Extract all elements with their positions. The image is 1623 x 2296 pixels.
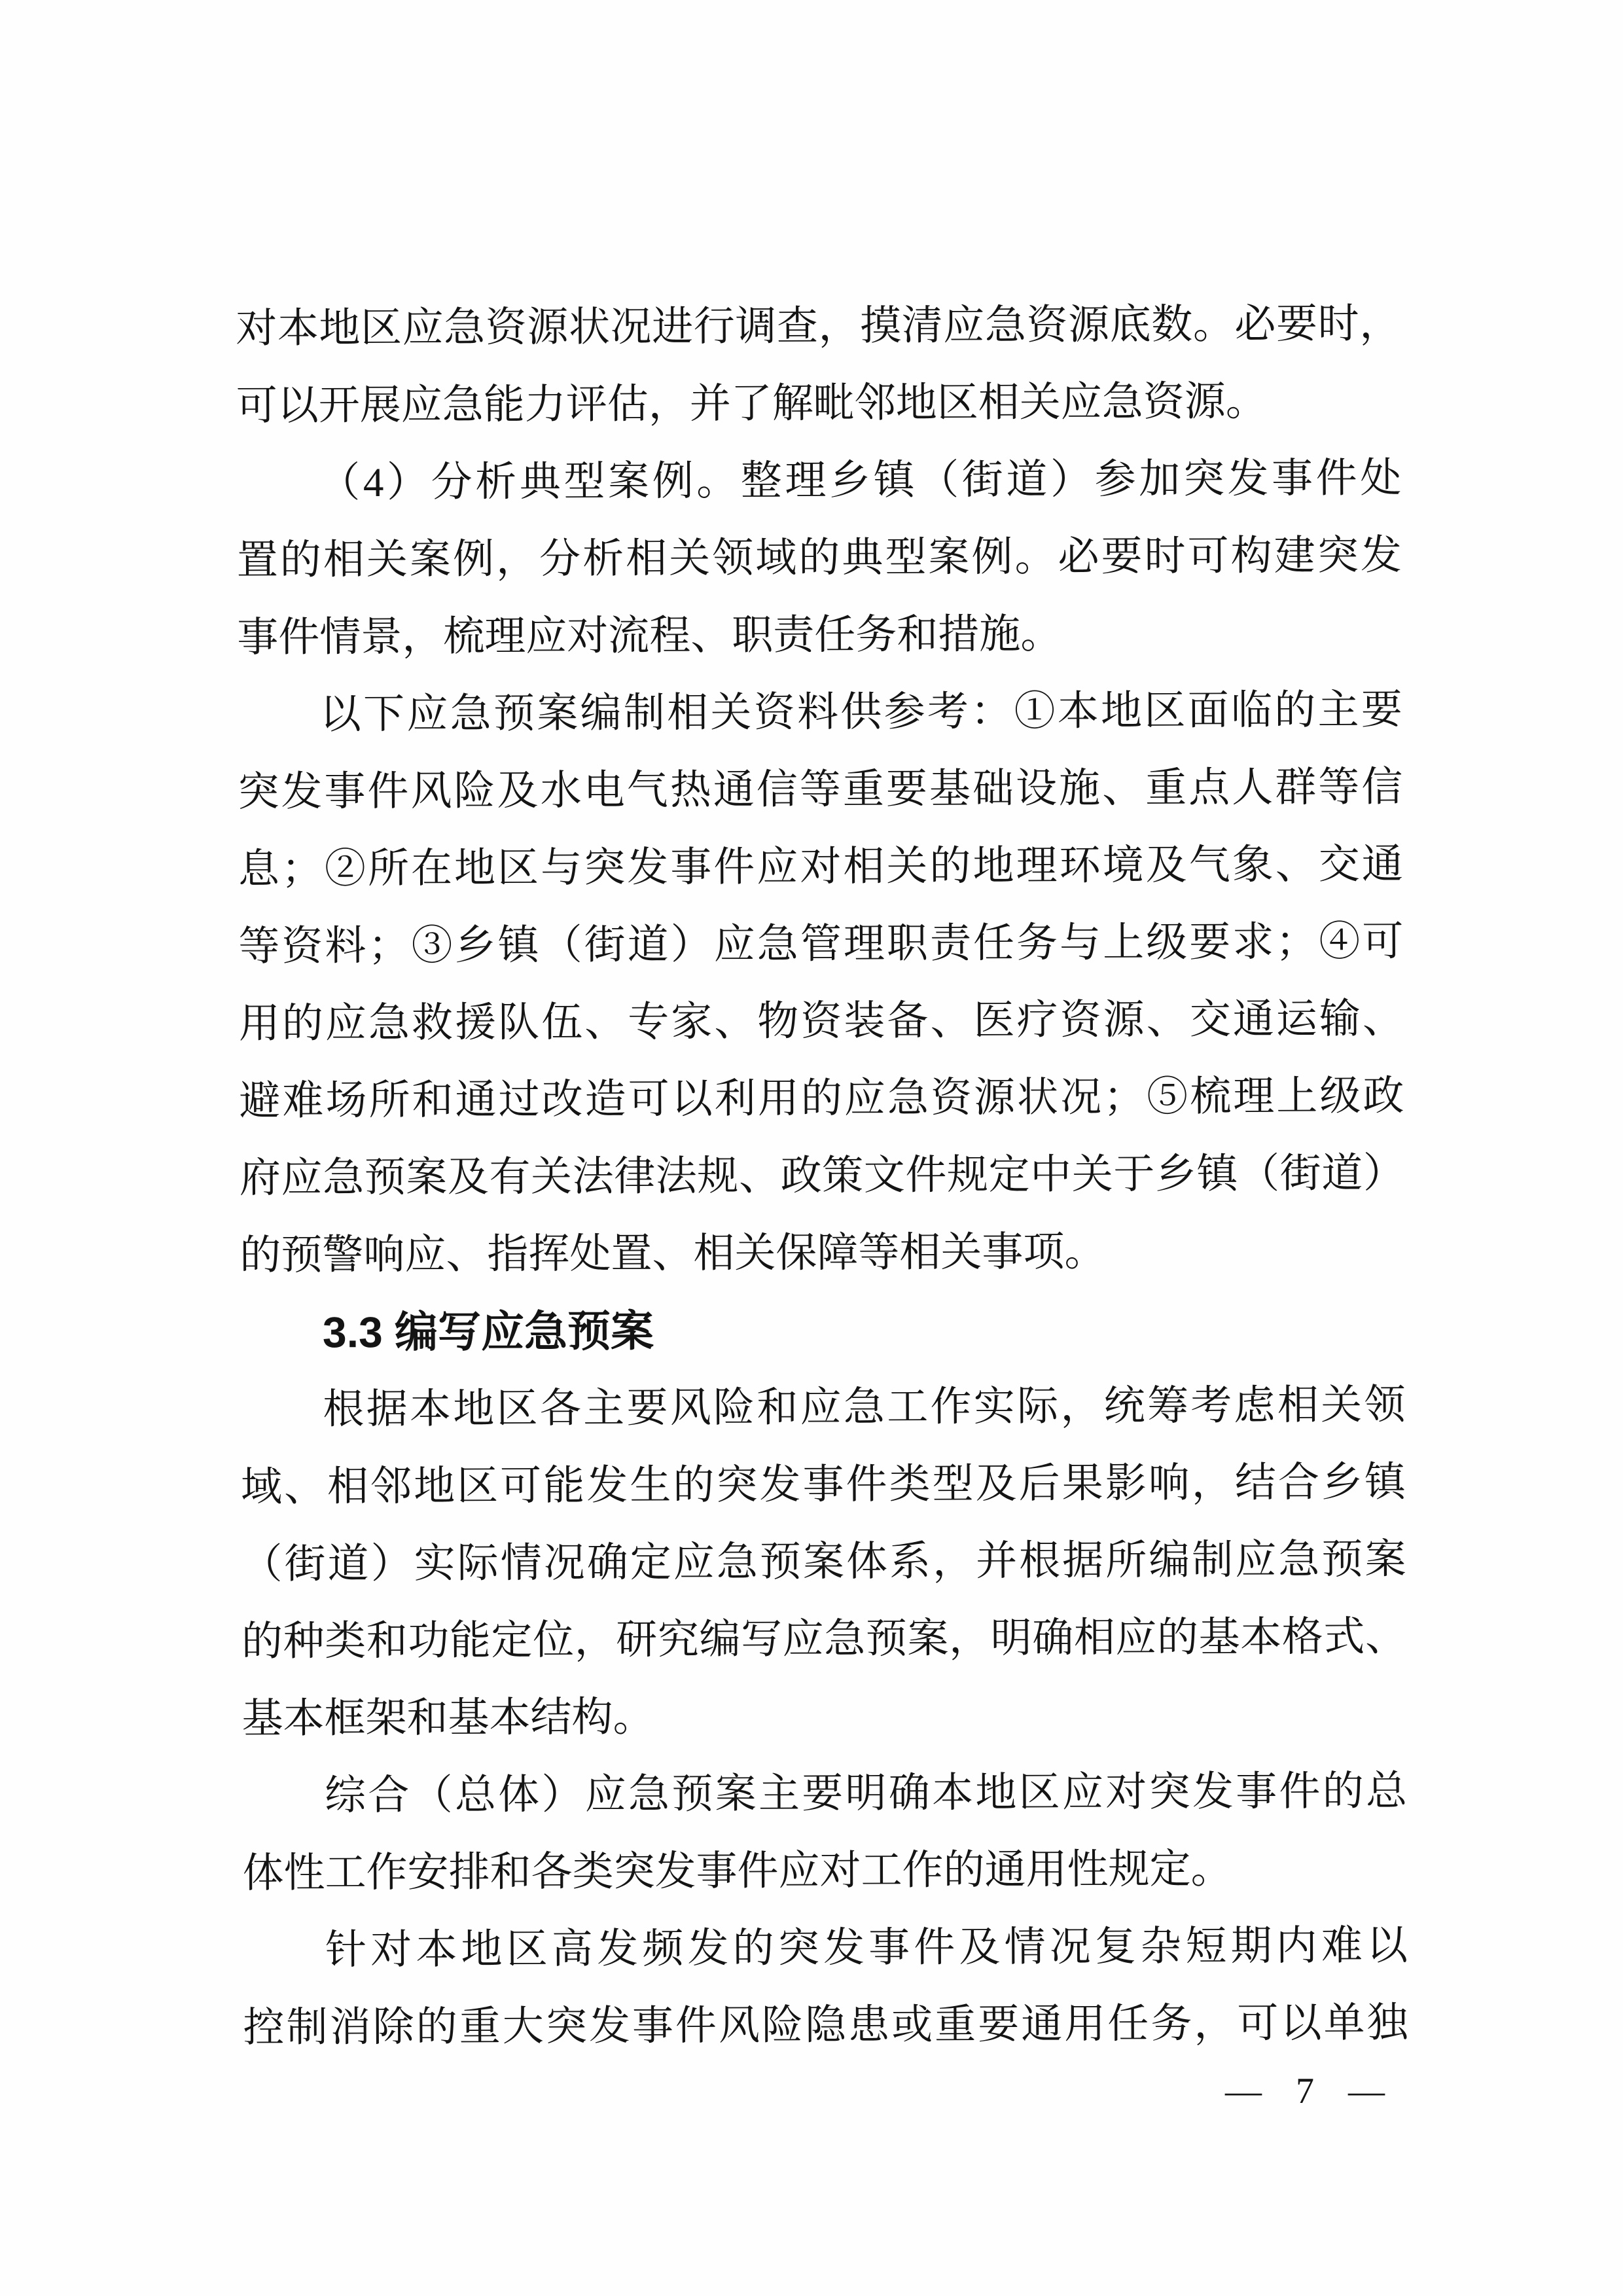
text-line: 府应急预案及有关法律法规、政策文件规定中关于乡镇（街道） [240,1134,1404,1217]
text-line: 综合（总体）应急预案主要明确本地区应对突发事件的总 [242,1752,1407,1835]
text-line: 控制消除的重大突发事件风险隐患或重要通用任务，可以单独 [243,1984,1408,2066]
text-line: 针对本地区高发频发的突发事件及情况复杂短期内难以 [243,1907,1408,1989]
text-line: 用的应急救援队伍、专家、物资装备、医疗资源、交通运输、 [239,980,1404,1062]
text-line: （4）分析典型案例。整理乡镇（街道）参加突发事件处 [236,439,1401,522]
text-line: 事件情景，梳理应对流程、职责任务和措施。 [237,594,1402,676]
text-line: 置的相关案例，分析相关领域的典型案例。必要时可构建突发 [237,516,1402,599]
page-number: — 7 — [1225,2068,1389,2114]
text-line: 等资料；③乡镇（街道）应急管理职责任务与上级要求；④可 [238,903,1403,985]
text-line: 避难场所和通过改造可以利用的应急资源状况；⑤梳理上级政 [239,1057,1404,1139]
text-line: 息；②所在地区与突发事件应对相关的地理环境及气象、交通 [238,825,1403,908]
document-text: 对本地区应急资源状况进行调查，摸清应急资源底数。必要时，可以开展应急能力评估，并… [236,285,1408,2066]
scanned-document-page: 对本地区应急资源状况进行调查，摸清应急资源底数。必要时，可以开展应急能力评估，并… [0,0,1623,2296]
text-line: 体性工作安排和各类突发事件应对工作的通用性规定。 [242,1829,1407,1912]
text-line: 以下应急预案编制相关资料供参考：①本地区面临的主要 [238,671,1402,753]
text-line: （街道）实际情况确定应急预案体系，并根据所编制应急预案 [241,1520,1406,1603]
text-line: 的预警响应、指挥处置、相关保障等相关事项。 [240,1211,1404,1294]
text-line: 域、相邻地区可能发生的突发事件类型及后果影响，结合乡镇 [241,1443,1406,1526]
text-line: 根据本地区各主要风险和应急工作实际，统筹考虑相关领 [240,1366,1405,1448]
text-line: 对本地区应急资源状况进行调查，摸清应急资源底数。必要时， [236,285,1400,367]
text-line: 基本框架和基本结构。 [241,1675,1406,1757]
text-line: 可以开展应急能力评估，并了解毗邻地区相关应急资源。 [236,362,1401,444]
text-line: 突发事件风险及水电气热通信等重要基础设施、重点人群等信 [238,748,1402,831]
section-heading: 3.3 编写应急预案 [240,1289,1405,1371]
text-line: 的种类和功能定位，研究编写应急预案，明确相应的基本格式、 [241,1598,1406,1680]
